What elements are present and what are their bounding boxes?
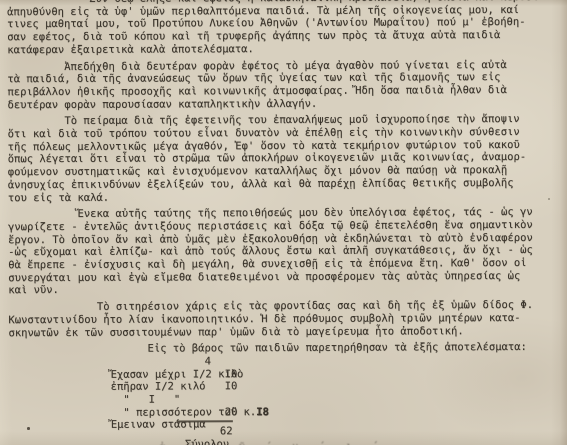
weight-results-table: Ἔχασαν μέχρι I/2 κιλὸ4 ἐπῆραν I/2 κιλόI0… bbox=[9, 354, 567, 439]
paragraph-5: Τὸ σιτηρέσιον χάρις εἰς τὰς φροντίδας σα… bbox=[8, 299, 567, 340]
typewritten-letter: Σὺν Θεῷ ἔληξε καὶ ἐφέτος ἡ κατασκηνωτικὴ… bbox=[0, 0, 567, 445]
total-divider bbox=[177, 421, 233, 423]
paragraph-2: Ἀπεδήχθη διὰ δευτέραν φορὰν ἐφέτος τὸ μέ… bbox=[7, 58, 566, 111]
row-value: I0 bbox=[225, 381, 238, 394]
table-row: Ἔμειναν στάσιμα20 bbox=[73, 404, 567, 419]
row-value: 4 bbox=[205, 355, 211, 368]
row-value: 20 bbox=[225, 406, 238, 419]
paragraph-4: Ἕνεκα αὐτῆς ταύτης τῆς πεποιθήσεώς μου δ… bbox=[8, 206, 567, 297]
row-value: I0 bbox=[225, 368, 238, 381]
scanned-document-page: { "page": { "background": "#d8d0bf", "in… bbox=[0, 0, 567, 445]
total-row: Σύνολον62 bbox=[147, 424, 567, 439]
total-value: 62 bbox=[220, 425, 233, 438]
paragraph-3: Τὸ πείραμα διὰ τῆς ἐφετεινῆς του ἐπαναλή… bbox=[8, 113, 567, 204]
paragraph-1: Σὺν Θεῷ ἔληξε καὶ ἐφέτος ἡ κατασκηνωτικὴ… bbox=[7, 0, 566, 57]
